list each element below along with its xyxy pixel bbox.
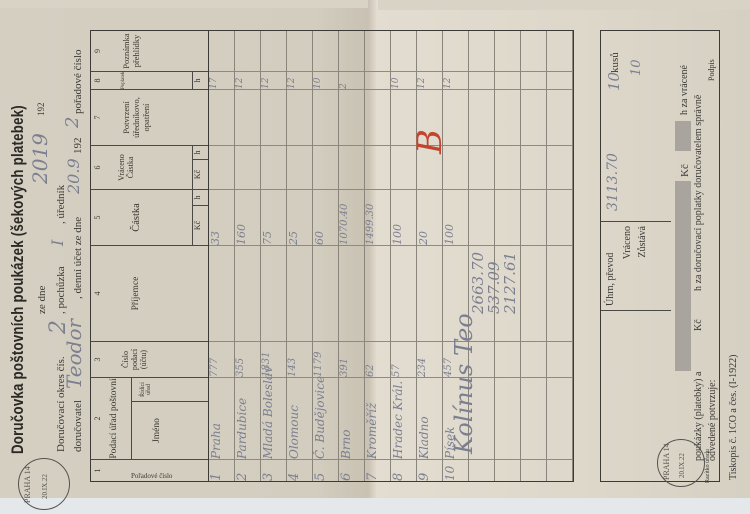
dorucovatel-value: Teodor	[62, 319, 86, 389]
dorucovatel-label: doručovatel	[72, 400, 84, 452]
table-row-empty	[547, 31, 573, 481]
ze-dne-label: ze dne	[36, 286, 48, 314]
col-header-7: 7 Potvrzení úředníkovo, opatření	[91, 89, 208, 145]
kusu-value: 10	[605, 72, 623, 91]
denni-ucet-value: 20.9	[64, 158, 83, 194]
rotated-form: Doručovka poštovních poukázek (šekových …	[0, 0, 750, 514]
year-prefix-1: 192	[36, 103, 46, 117]
kusu-label: kusů	[609, 52, 621, 73]
denni-ucet-label: , denní účet ze dne	[72, 217, 84, 299]
summary-total: 3113.70	[605, 153, 621, 211]
kusu-value-2: 10	[629, 59, 644, 76]
col-header-2: 2 Podací úřad poštovní Jméno Řídící úřad	[91, 377, 208, 459]
table-row-empty	[521, 31, 547, 481]
table-row: 3 Mladá Boleslav 1831 75 12	[261, 31, 287, 481]
pochuzka-value: I	[48, 240, 67, 246]
certify-h-1: h za doručovací poplatky doručovatelem s…	[693, 95, 704, 291]
table-header: 1 Pořadové číslo 2 Podací úřad poštovní …	[91, 31, 209, 481]
summary-labels: Úhrn, převod Vráceno Zůstává	[601, 221, 671, 311]
pochuzka-label: , pochůzka	[55, 266, 67, 314]
handwritten-totals: 2663.70 537.09 2127.61	[470, 252, 518, 314]
certify-kc-2: Kč	[679, 164, 691, 177]
summary-block: Úhrn, převod Vráceno Zůstává 3113.70 10 …	[600, 30, 720, 482]
table-row: 2 Pardubice 355 160 12	[235, 31, 261, 481]
col-header-4: 4 Příjemce	[91, 245, 208, 341]
table-row: 5 Č. Budějovice 1179 60 10	[313, 31, 339, 481]
col-header-6: 6 Vráceno Částka Kč h	[91, 145, 208, 189]
table-row: 6 Brno 391 1070.40 2	[339, 31, 365, 481]
table-row: 9 Kladno 234 20 12	[417, 31, 443, 481]
postmark-stamp-bottom: PRAHA 14 20.IX.22	[657, 439, 705, 487]
poradove-cislo-label: pořadové číslo	[72, 50, 84, 114]
stamp-date: 20.IX.22	[41, 474, 49, 499]
redacted-amount-bar	[675, 181, 691, 371]
table-row: 7 Kroměříž 62 1499.30	[365, 31, 391, 481]
table-row: 1 Praha 777 33 17	[209, 31, 235, 481]
podpis-label: Podpis	[707, 59, 716, 81]
col-header-8: 8 Poplatek h	[91, 71, 208, 89]
stamp-text: PRAHA 14	[23, 466, 32, 503]
certify-h-2: h za vrácené	[679, 65, 690, 115]
col-header-1: 1 Pořadové číslo	[91, 459, 208, 481]
table-row: 4 Olomouc 143 25 12	[287, 31, 313, 481]
table-row: 8 Hradec Král. 57 100 10	[391, 31, 417, 481]
poradove-cislo-value: 2	[62, 117, 83, 128]
year-prefix-2: 192	[72, 138, 84, 155]
red-check-mark: B	[410, 129, 450, 154]
form-title: Doručovka poštovních poukázek (šekových …	[8, 126, 28, 454]
col-header-5: 5 Částka Kč h	[91, 189, 208, 245]
signature: Kolínus Teo	[450, 313, 478, 454]
razitko-label: Razítko úřadu	[705, 449, 711, 483]
redacted-h-bar	[675, 121, 691, 151]
certify-kc-1: Kč	[693, 319, 704, 331]
col-header-3: 3 Číslo podací (účtu)	[91, 341, 208, 377]
col-header-9: 9 Poznámka přehlídky	[91, 31, 208, 71]
form-footer: Tiskopis č. 1CO a čes. (I-1922)	[728, 355, 739, 480]
ze-dne-value: 2019	[28, 133, 52, 184]
postmark-stamp-top: PRAHA 14 20.IX.22	[18, 458, 70, 510]
